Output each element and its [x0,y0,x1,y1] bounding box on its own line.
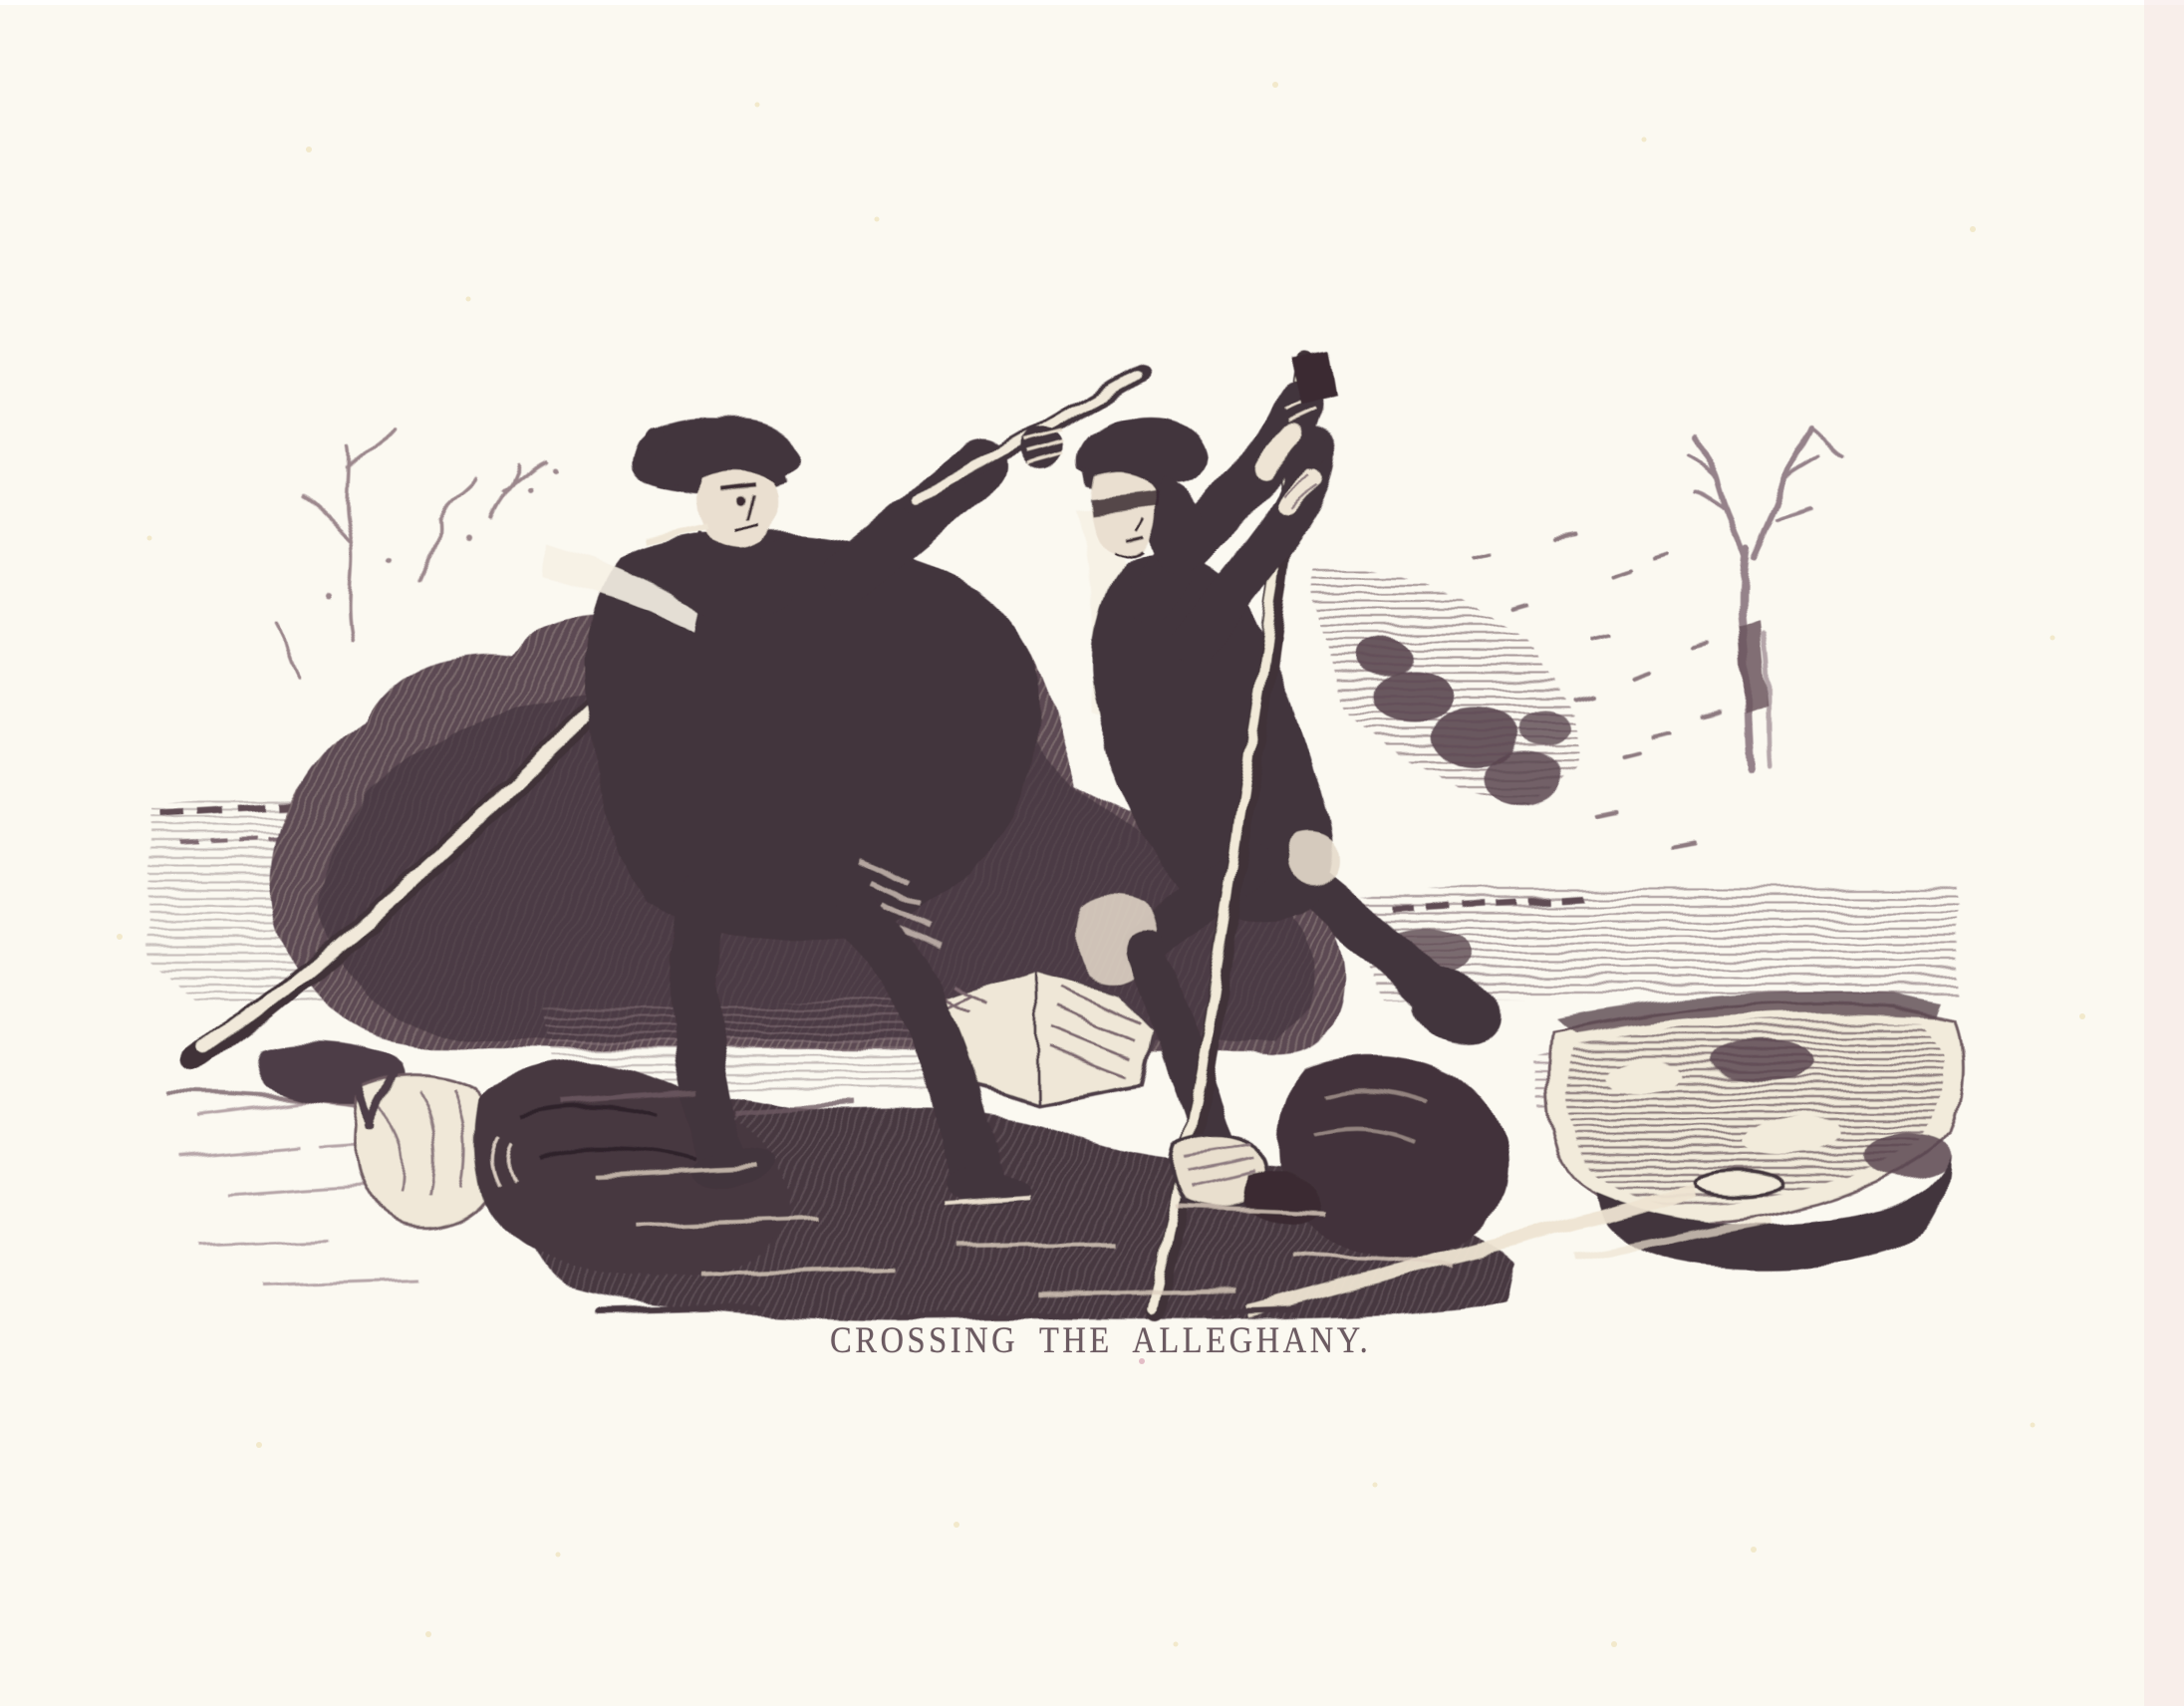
left-figure-face [696,472,776,549]
left-figure-eye [737,496,746,505]
left-figure-left-leg [694,897,721,1154]
engraving-illustration [0,0,2184,1706]
scanned-book-page: CROSSING THE ALLEGHANY. [0,0,2184,1706]
scan-top-edge-line [0,0,2184,5]
scan-right-edge-tint [2144,0,2184,1706]
illustration-caption: CROSSING THE ALLEGHANY. [830,1319,1371,1362]
cap-knob [643,429,669,455]
right-figure-hand-lower [1300,435,1330,465]
